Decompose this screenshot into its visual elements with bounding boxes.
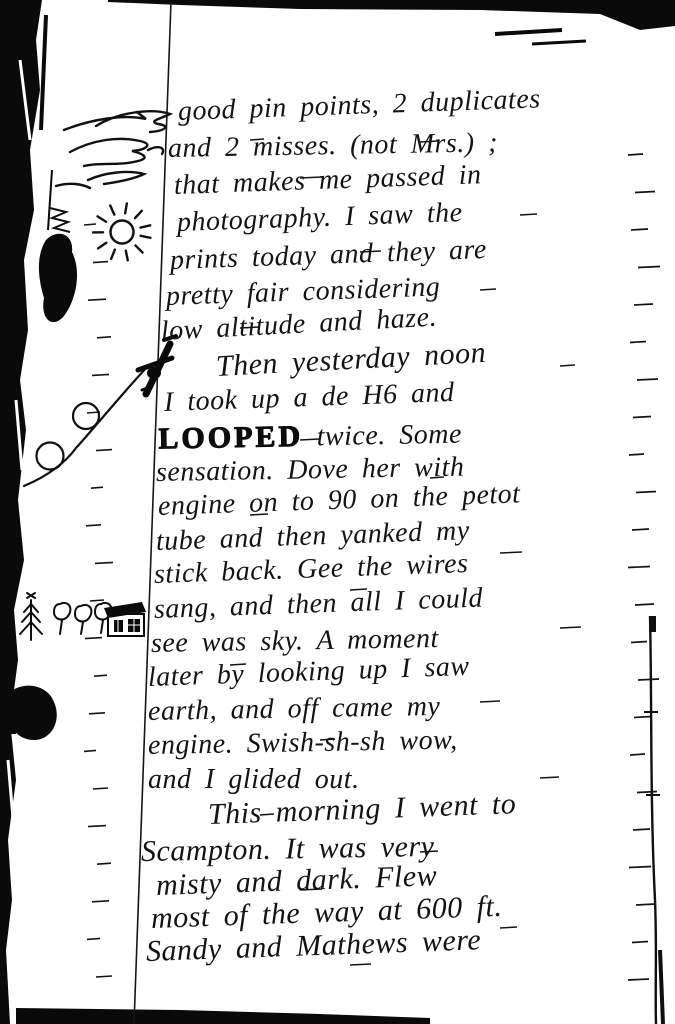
handwritten-line: and I glided out. [148,764,360,796]
handwritten-line: good pin points, 2 duplicates [177,83,541,128]
handwritten-line: LOOPEDtwice. Some [158,417,462,456]
letter-text: good pin points, 2 duplicatesand 2 misse… [0,0,675,1024]
handwritten-line: and 2 misses. (not Mrs.) ; [168,127,499,165]
handwritten-line: photography. I saw the [176,197,463,239]
scanned-letter-page: good pin points, 2 duplicatesand 2 misse… [0,0,675,1024]
looped-block-letters: LOOPED [158,419,303,455]
handwritten-line: engine. Swish-sh-sh wow, [148,725,458,762]
handwritten-line-text: twice. Some [316,419,462,453]
handwritten-line: I took up a de H6 and [163,377,455,419]
handwritten-line: that makes me passed in [173,159,482,202]
handwritten-line: earth, and off came my [148,691,441,728]
